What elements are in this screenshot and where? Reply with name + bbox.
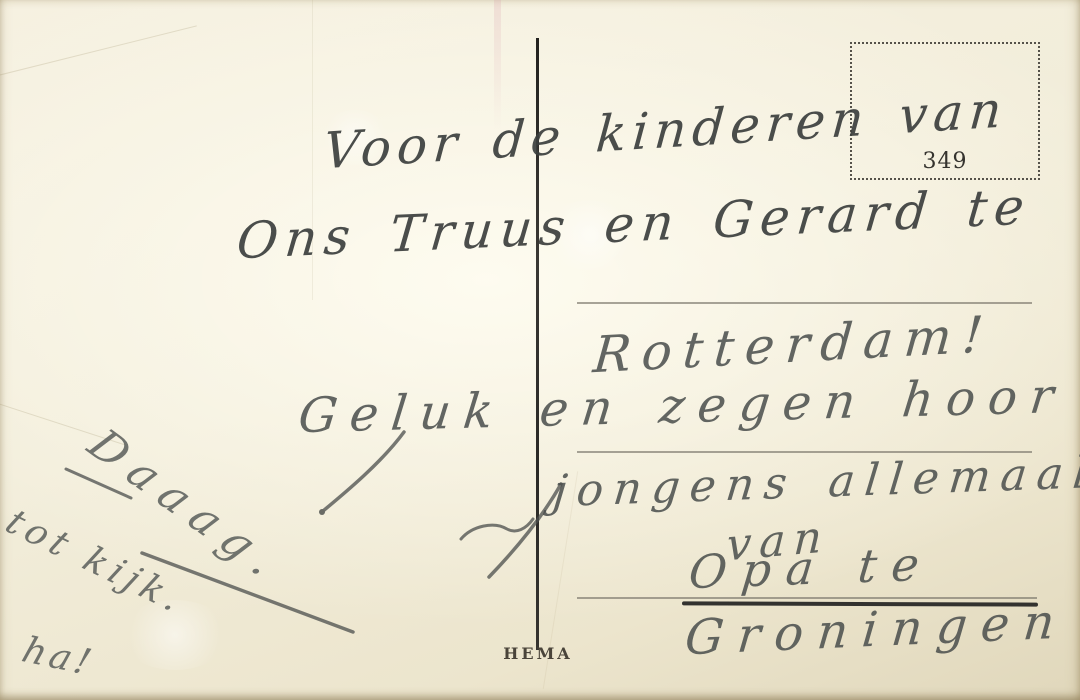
postcard-back: 349 HEMA Voor de kinderen van Ons Truus … <box>0 0 1080 700</box>
handwriting-line-5: jongens allemaal <box>551 447 1080 517</box>
handwritten-underline <box>682 601 1038 606</box>
address-ruled-line-2 <box>577 451 1032 453</box>
center-divider-line <box>536 38 539 650</box>
paper-worn-spot <box>320 110 390 165</box>
paper-crease <box>312 0 313 300</box>
pencil-stroke-diagonal-2 <box>142 553 353 632</box>
handwriting-scribble-tot-kijk: tot kijk. <box>0 502 194 622</box>
pencil-stroke-diagonal-1 <box>66 469 131 498</box>
paper-stain <box>494 0 501 130</box>
paper-worn-spot <box>545 200 635 270</box>
handwriting-line-4: Geluk en zegen hoor <box>296 368 1070 444</box>
address-ruled-line-3 <box>577 597 1037 599</box>
pencil-stroke-dot <box>319 509 325 515</box>
handwriting-line-3: Rotterdam! <box>591 305 996 384</box>
handwriting-line-7: Opa te <box>686 536 936 599</box>
stamp-box-number: 349 <box>852 149 1038 174</box>
publisher-imprint: HEMA <box>503 644 572 663</box>
paper-crease <box>0 25 197 79</box>
stamp-box: 349 <box>850 42 1040 180</box>
pencil-stroke-g-descender <box>323 432 404 511</box>
paper-worn-spot <box>120 600 230 670</box>
address-ruled-line-1 <box>577 302 1032 304</box>
handwriting-line-6: van <box>725 511 831 571</box>
handwriting-scribble-daag: Daaag. <box>78 420 297 592</box>
pencil-stroke-tilde <box>461 519 533 539</box>
pencil-stroke-j-tail <box>489 484 561 577</box>
paper-crease <box>0 395 126 445</box>
handwriting-line-2: Ons Truus en Gerard te <box>234 177 1033 270</box>
handwriting-scribble-ha: ha! <box>17 630 99 684</box>
